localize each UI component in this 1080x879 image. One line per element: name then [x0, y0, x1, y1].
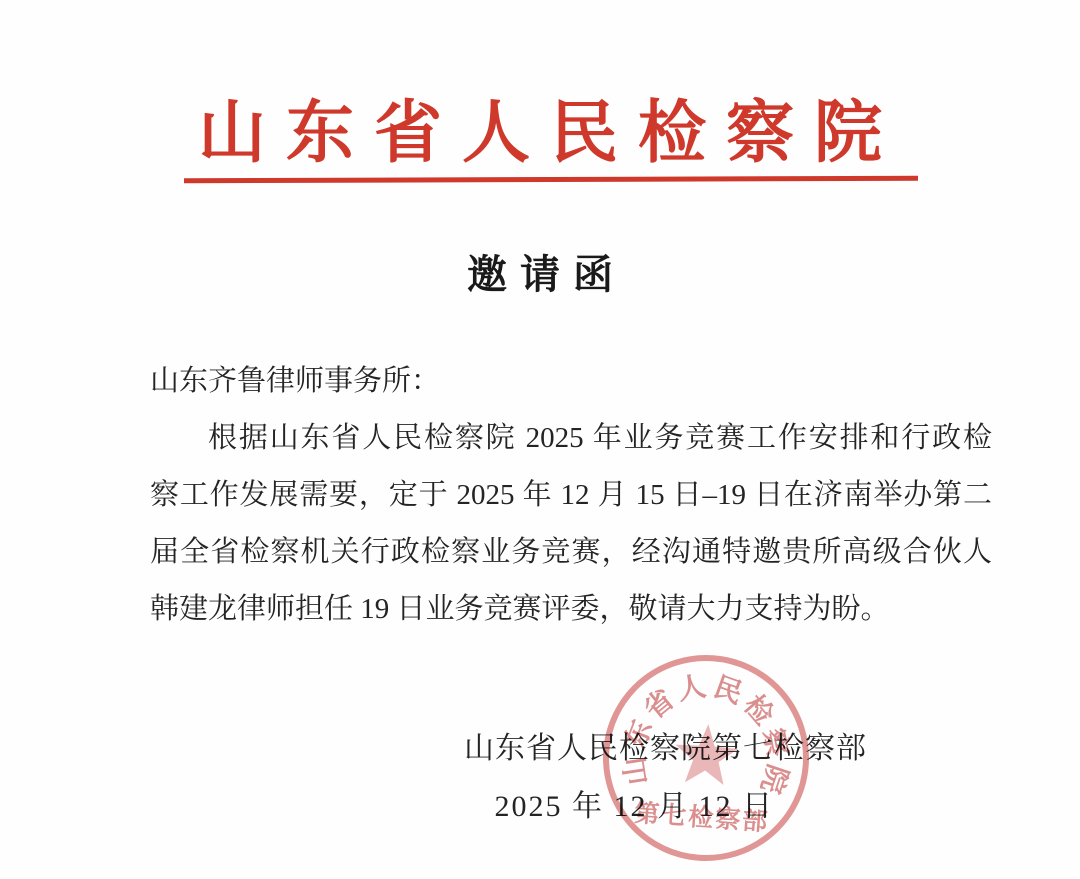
letterhead-org-name: 山东省人民检察院	[0, 94, 1080, 172]
letterhead-underline	[184, 176, 918, 184]
signoff-department: 山东省人民检察院第七检察部	[0, 723, 1080, 767]
paragraph-line: 届全省检察机关行政检察业务竞赛，经沟通特邀贵所高级合伙人	[150, 524, 992, 581]
paragraph-line: 根据山东省人民检察院 2025 年业务竞赛工作安排和行政检	[150, 410, 992, 467]
paragraph-line: 韩建龙律师担任 19 日业务竞赛评委，敬请大力支持为盼。	[150, 581, 992, 638]
letter-body: 山东齐鲁律师事务所： 根据山东省人民检察院 2025 年业务竞赛工作安排和行政检…	[150, 353, 992, 638]
salutation: 山东齐鲁律师事务所：	[150, 353, 992, 410]
signoff-date: 2025 年 12 月 12 日	[0, 781, 1080, 825]
document-title: 邀请函	[0, 243, 1080, 300]
paragraph-line: 察工作发展需要，定于 2025 年 12 月 15 日–19 日在济南举办第二	[150, 467, 992, 524]
document-page: 山东省人民检察院 邀请函 山东齐鲁律师事务所： 根据山东省人民检察院 2025 …	[0, 0, 1080, 879]
